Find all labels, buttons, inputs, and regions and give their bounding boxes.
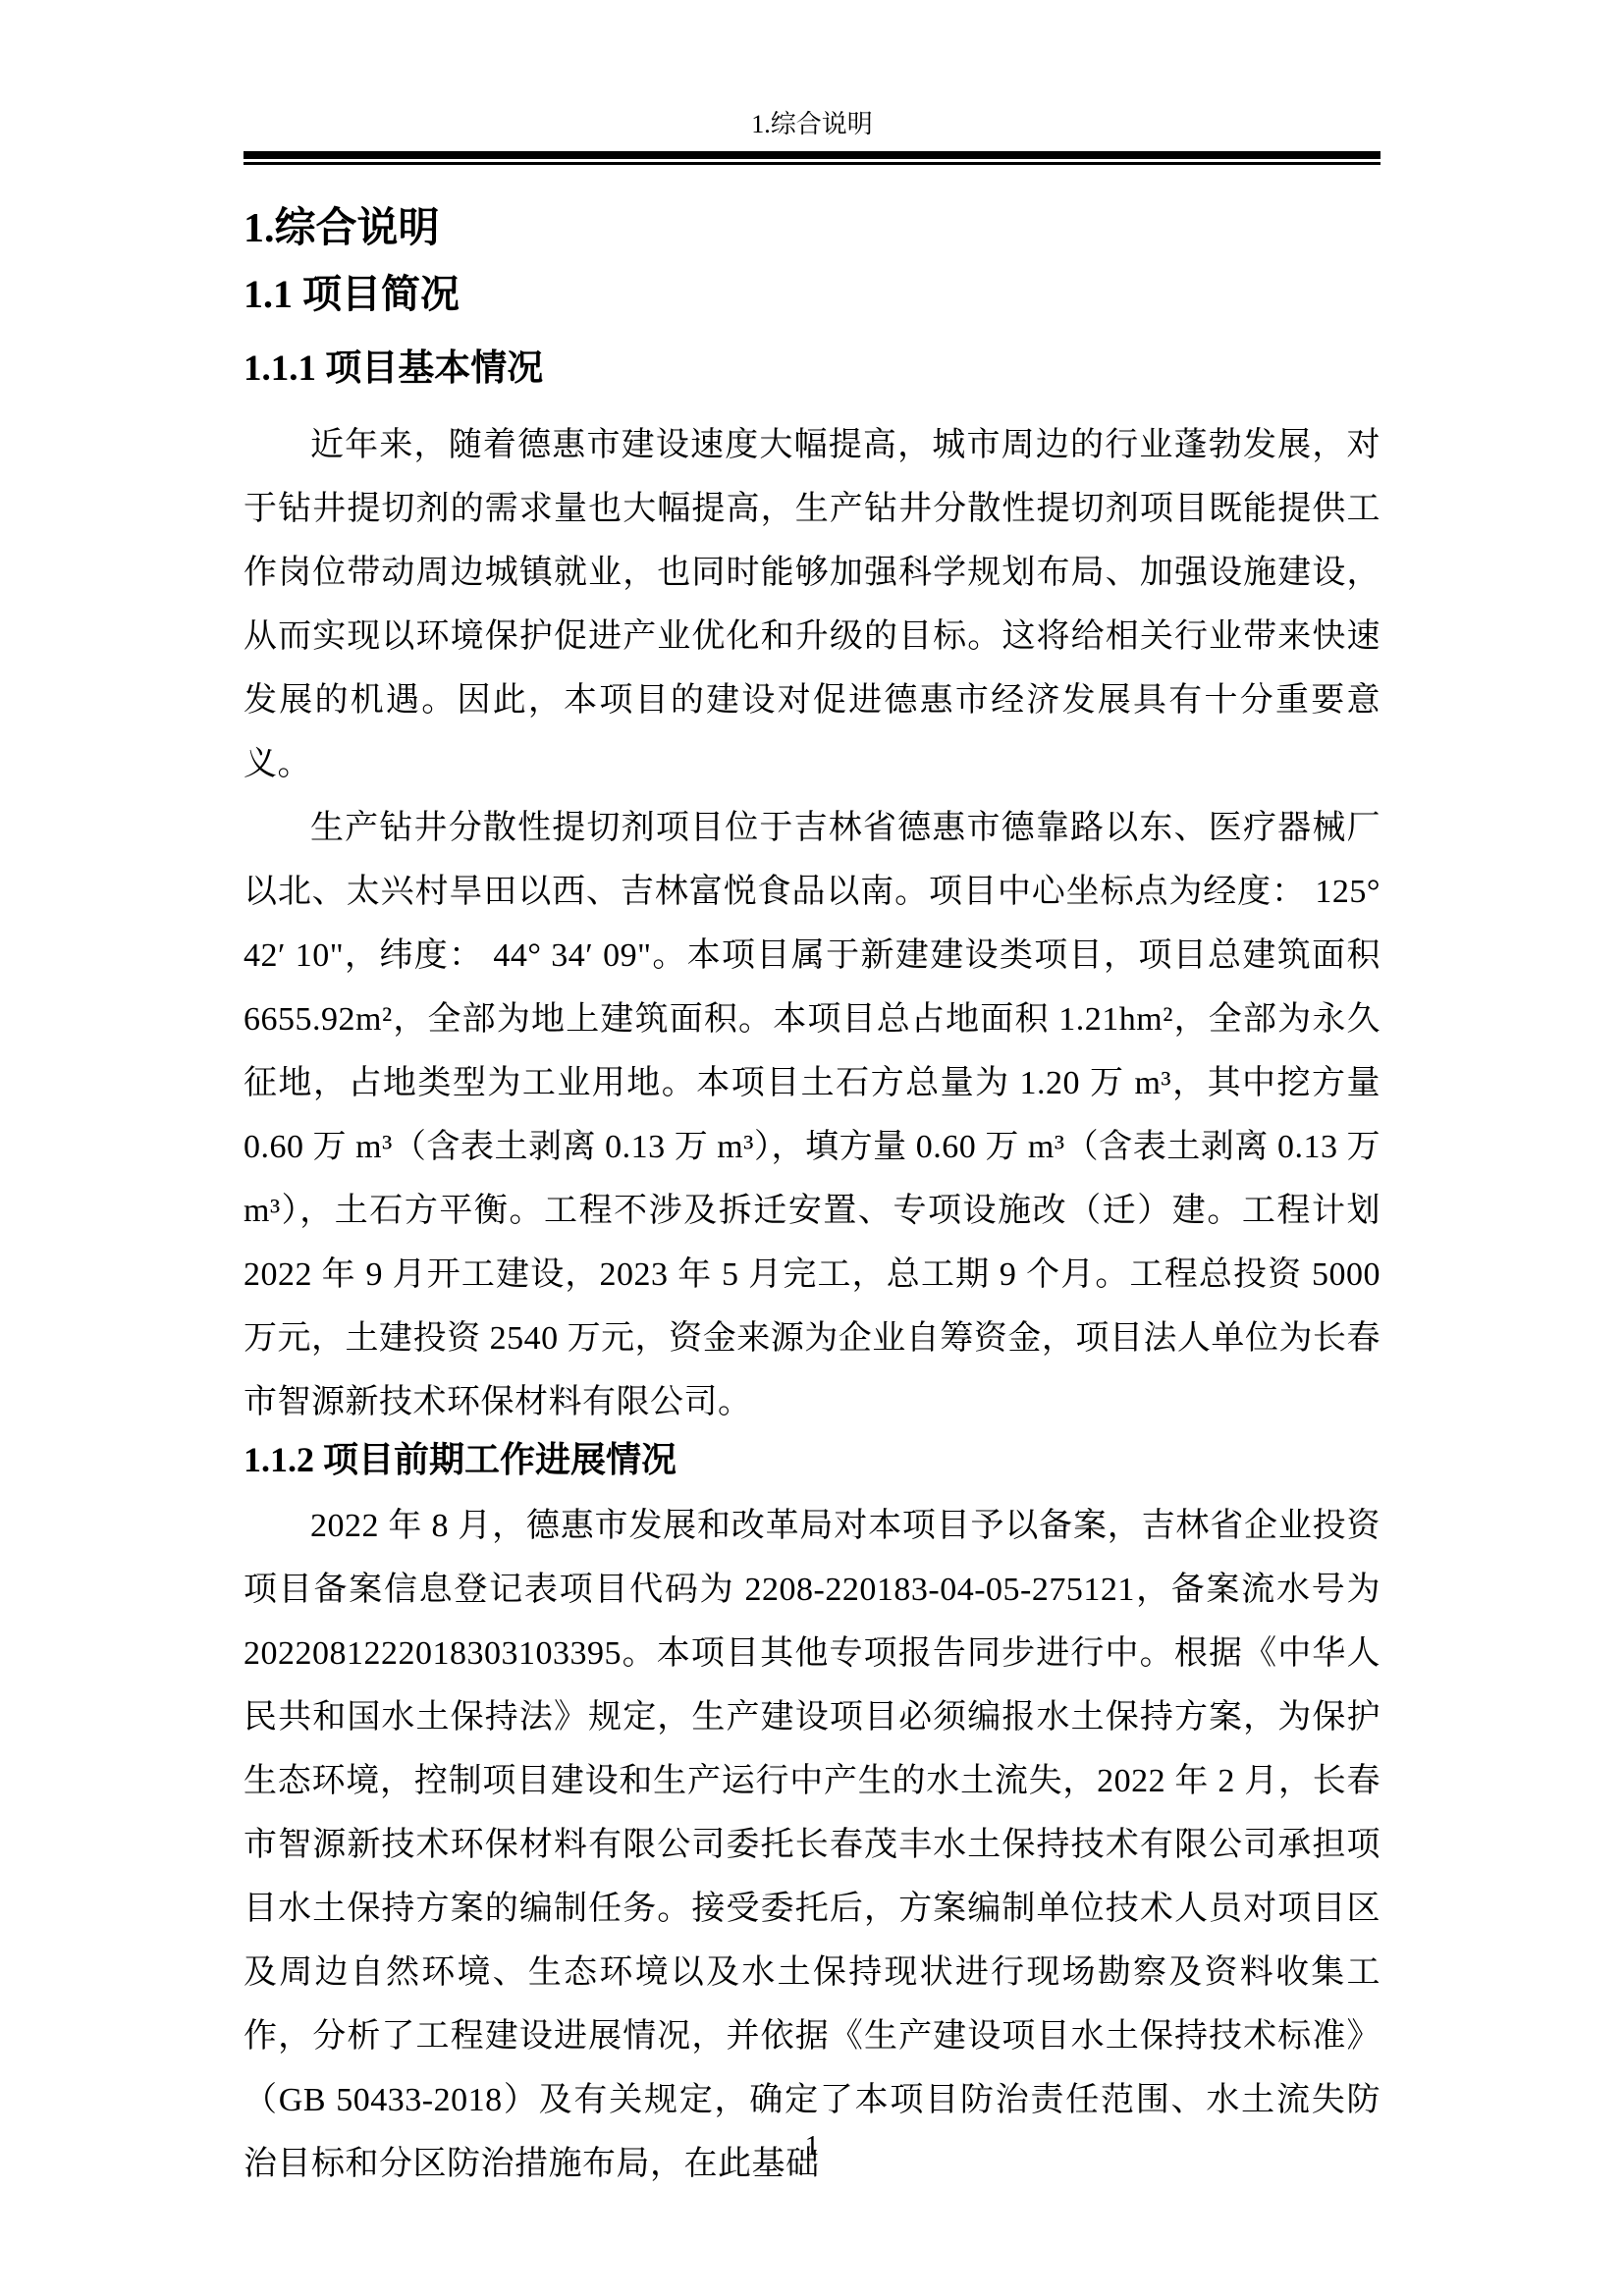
paragraph-project-background: 近年来，随着德惠市建设速度大幅提高，城市周边的行业蓬勃发展，对于钻井提切剂的需求… bbox=[244, 413, 1380, 796]
chapter-heading: 1.综合说明 bbox=[244, 208, 1380, 249]
page-number: 1 bbox=[0, 2130, 1624, 2162]
header-rule-thick bbox=[244, 151, 1380, 159]
document-page: 1.综合说明 1.综合说明 1.1 项目简况 1.1.1 项目基本情况 近年来，… bbox=[0, 0, 1624, 2296]
subsection-heading-basic-info: 1.1.1 项目基本情况 bbox=[244, 350, 1380, 387]
subsection-heading-preliminary-work: 1.1.2 项目前期工作进展情况 bbox=[244, 1442, 1380, 1478]
running-header: 1.综合说明 bbox=[244, 0, 1380, 165]
page-content: 1.综合说明 1.综合说明 1.1 项目简况 1.1.1 项目基本情况 近年来，… bbox=[244, 0, 1380, 2196]
header-rule-thin bbox=[244, 162, 1380, 165]
running-header-title: 1.综合说明 bbox=[244, 0, 1380, 139]
section-heading: 1.1 项目简况 bbox=[244, 275, 1380, 314]
paragraph-project-overview: 生产钻井分散性提切剂项目位于吉林省德惠市德靠路以东、医疗器械厂以北、太兴村旱田以… bbox=[244, 796, 1380, 1434]
paragraph-preliminary-work: 2022 年 8 月，德惠市发展和改革局对本项目予以备案，吉林省企业投资项目备案… bbox=[244, 1494, 1380, 2196]
